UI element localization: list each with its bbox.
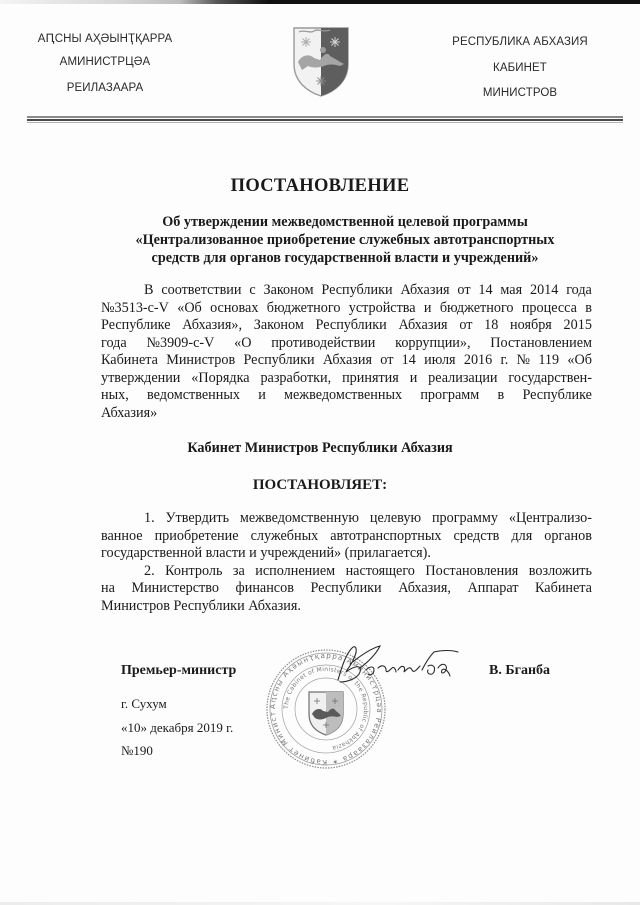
word: 14 xyxy=(478,282,492,300)
preamble-line: Абхазия» xyxy=(101,405,592,423)
word: 2016 xyxy=(464,352,492,370)
word: от xyxy=(380,352,393,370)
word: ноября xyxy=(510,317,552,335)
subtitle-line: Об утверждении межведомственной целевой … xyxy=(100,213,590,231)
word: соответствии xyxy=(161,282,241,300)
word: мая xyxy=(500,282,522,300)
word: Министерство xyxy=(131,580,218,598)
word: Республики xyxy=(321,282,392,300)
word: Республики xyxy=(316,317,387,335)
word: г. xyxy=(500,352,508,370)
scan-edge-top xyxy=(0,0,640,4)
word: целевую xyxy=(370,510,421,528)
header-divider xyxy=(27,119,623,121)
preamble-line: года№3909-с-V«Опротиводействиикоррупции»… xyxy=(101,335,592,353)
word: устройства xyxy=(349,300,416,318)
word: Утвердить xyxy=(166,510,230,528)
word: года xyxy=(566,282,592,300)
word: ванное xyxy=(101,528,143,546)
word: Абхазия xyxy=(323,352,372,370)
word: Республике xyxy=(522,387,592,405)
issue-city: г. Сухум xyxy=(121,696,167,712)
word: Республики xyxy=(310,580,381,598)
word: и xyxy=(424,300,432,318)
item-1-line: 1.Утвердитьмежведомственнуюцелевуюпрогра… xyxy=(101,510,592,528)
word: № xyxy=(517,352,531,370)
word: Абхазия», xyxy=(182,317,242,335)
word: Кабинета xyxy=(101,352,158,370)
word: 119 xyxy=(538,352,559,370)
word: №3909-с-V xyxy=(146,335,214,353)
word: Законом xyxy=(263,282,313,300)
word: В xyxy=(144,282,153,300)
word: года xyxy=(101,335,127,353)
document-subtitle: Об утверждении межведомственной целевой … xyxy=(100,213,590,267)
word: «Порядка xyxy=(191,370,249,388)
signatory-name: В. Бганба xyxy=(489,663,550,679)
word: с xyxy=(249,282,255,300)
resolves-heading: ПОСТАНОВЛЯЕТ: xyxy=(0,477,640,494)
word: июля xyxy=(424,352,455,370)
document-number: №190 xyxy=(121,743,153,759)
word: межведомственную xyxy=(240,510,359,528)
word: процесса xyxy=(522,300,577,318)
item-1-line: ванноеприобретениеслужебныхавтотранспорт… xyxy=(101,528,592,546)
word: Кабинета xyxy=(535,580,592,598)
word: 14 xyxy=(402,352,416,370)
word: финансов xyxy=(236,580,294,598)
word: от xyxy=(459,317,472,335)
word: «О xyxy=(234,335,251,353)
preamble-line: РеспубликеАбхазия»,ЗакономРеспубликиАбха… xyxy=(101,317,592,335)
header-left-line: РЕИЛАЗААРА xyxy=(67,82,144,94)
word: Министров xyxy=(166,352,235,370)
word: «Централизо- xyxy=(509,510,592,528)
header-divider xyxy=(27,122,623,123)
word: в xyxy=(498,387,505,405)
word: исполнением xyxy=(255,563,335,581)
word: бюджетного xyxy=(440,300,514,318)
word: в xyxy=(585,300,592,318)
word: программ xyxy=(420,387,479,405)
word: Республики xyxy=(243,352,314,370)
coat-of-arms-icon xyxy=(290,24,352,98)
word: на xyxy=(101,580,115,598)
word: Постановления xyxy=(425,563,518,581)
word: 18 xyxy=(484,317,498,335)
word: приобретение xyxy=(155,528,239,546)
word: разработки, xyxy=(260,370,331,388)
issuer-heading: Кабинет Министров Республики Абхазия xyxy=(0,440,640,457)
item-2-line: 2.КонтрользаисполнениемнастоящегоПостано… xyxy=(101,563,592,581)
word: Республике xyxy=(101,317,171,335)
header-left-line: АМИНИСТРЦӘА xyxy=(60,56,151,68)
word: программу xyxy=(432,510,498,528)
word: ведомственных xyxy=(147,387,240,405)
item-2-line: Министров Республики Абхазия. xyxy=(101,598,592,616)
word: государствен- xyxy=(508,370,592,388)
word: №3513-с-V xyxy=(101,300,169,318)
preamble-line: утверждении«Порядкаразработки,принятияир… xyxy=(101,370,592,388)
header-right-line: МИНИСТРОВ xyxy=(483,87,557,99)
header-left-line: АԤСНЫ АҲӘЫНҬҚАРРА xyxy=(38,31,173,45)
word: Абхазия, xyxy=(398,580,451,598)
word: настоящего xyxy=(346,563,415,581)
word: для xyxy=(511,528,532,546)
word: «Об xyxy=(177,300,202,318)
word: ных, xyxy=(101,387,129,405)
preamble-paragraph: ВсоответствиисЗакономРеспубликиАбхазияот… xyxy=(101,282,592,422)
preamble-line: ВсоответствиисЗакономРеспубликиАбхазияот… xyxy=(101,282,592,300)
word: 2015 xyxy=(564,317,592,335)
word: реализации xyxy=(428,370,497,388)
header-right-line: РЕСПУБЛИКА АБХАЗИЯ xyxy=(452,36,588,48)
word: утверждении xyxy=(101,370,180,388)
preamble-line: КабинетаМинистровРеспубликиАбхазияот14ию… xyxy=(101,352,592,370)
word: средств xyxy=(453,528,499,546)
word: и xyxy=(258,387,266,405)
preamble-line: ных,ведомственныхимежведомственныхпрогра… xyxy=(101,387,592,405)
word: автотранспортных xyxy=(330,528,441,546)
word: принятия xyxy=(342,370,399,388)
resolution-items: 1.Утвердитьмежведомственнуюцелевуюпрогра… xyxy=(101,510,592,615)
word: 2. xyxy=(144,563,155,581)
word: Контроль xyxy=(165,563,222,581)
word: от xyxy=(457,282,470,300)
word: и xyxy=(410,370,418,388)
preamble-line: №3513-с-V«Обосновахбюджетногоустройстваи… xyxy=(101,300,592,318)
word: основах xyxy=(210,300,258,318)
handwritten-signature-icon xyxy=(330,642,470,692)
header-right-line: КАБИНЕТ xyxy=(493,62,547,74)
word: «Об xyxy=(567,352,592,370)
word: служебных xyxy=(251,528,319,546)
word: возложить xyxy=(529,563,592,581)
item-1-line: государственной власти и учреждений» (пр… xyxy=(101,545,592,563)
word: Законом xyxy=(254,317,304,335)
word: Абхазия xyxy=(400,282,449,300)
signatory-position: Премьер-министр xyxy=(121,663,236,679)
word: Абхазия xyxy=(398,317,447,335)
item-2-line: наМинистерствофинансовРеспубликиАбхазия,… xyxy=(101,580,592,598)
issue-date: «10» декабря 2019 г. xyxy=(121,720,233,736)
word: Аппарат xyxy=(468,580,519,598)
word: 2014 xyxy=(530,282,558,300)
subtitle-line: «Централизованное приобретение служебных… xyxy=(100,231,590,249)
word: Постановлением xyxy=(490,335,592,353)
word: 1. xyxy=(144,510,155,528)
word: органов xyxy=(544,528,592,546)
word: межведомственных xyxy=(284,387,402,405)
word: противодействии xyxy=(271,335,375,353)
word: бюджетного xyxy=(267,300,341,318)
word: за xyxy=(233,563,245,581)
header-divider xyxy=(27,116,623,118)
word: коррупции», xyxy=(395,335,470,353)
document-title: ПОСТАНОВЛЕНИЕ xyxy=(0,176,640,197)
subtitle-line: средств для органов государственной влас… xyxy=(100,249,590,267)
